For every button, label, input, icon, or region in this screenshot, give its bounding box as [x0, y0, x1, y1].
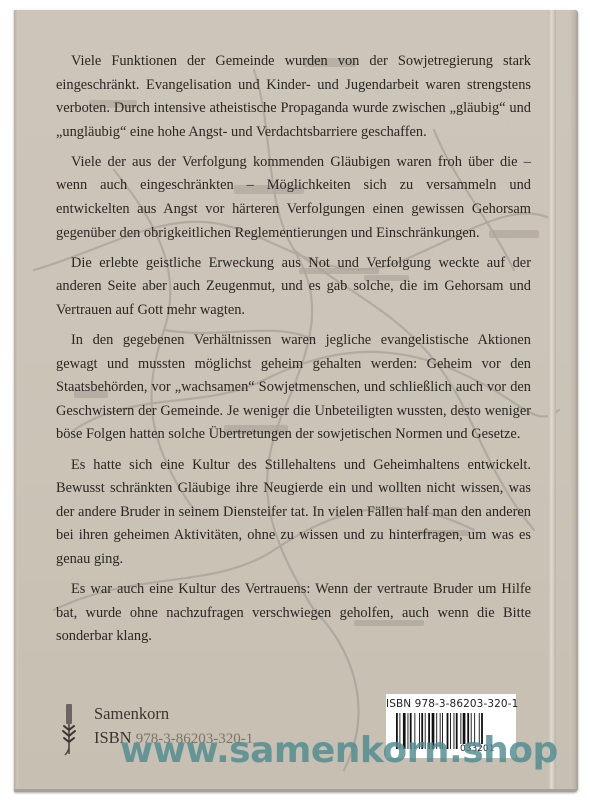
book-back-cover: Viele Funktionen der Gemeinde wurden von…: [14, 10, 578, 792]
wheat-icon: [60, 704, 78, 756]
publisher-name: Samenkorn: [94, 704, 169, 724]
back-cover-text: Viele Funktionen der Gemeinde wurden von…: [56, 50, 531, 655]
paragraph: Viele der aus der Verfolgung kommenden G…: [56, 151, 531, 245]
paragraph: In den gegebenen Verhältnissen waren jeg…: [56, 329, 531, 447]
paragraph: Es hatte sich eine Kultur des Stillehalt…: [56, 454, 531, 572]
paragraph: Viele Funktionen der Gemeinde wurden von…: [56, 50, 531, 144]
paragraph: Die erlebte geistliche Erweckung aus Not…: [56, 252, 531, 323]
watermark-link[interactable]: www.samenkorn.shop: [120, 730, 558, 771]
paragraph: Es war auch eine Kultur des Vertrauens: …: [56, 578, 531, 649]
spine-edge: [570, 10, 578, 792]
cover-bottom-edge: [14, 789, 578, 792]
barcode-isbn-text: ISBN 978-3-86203-320-1: [386, 698, 516, 710]
cover-hinge: [548, 10, 556, 792]
